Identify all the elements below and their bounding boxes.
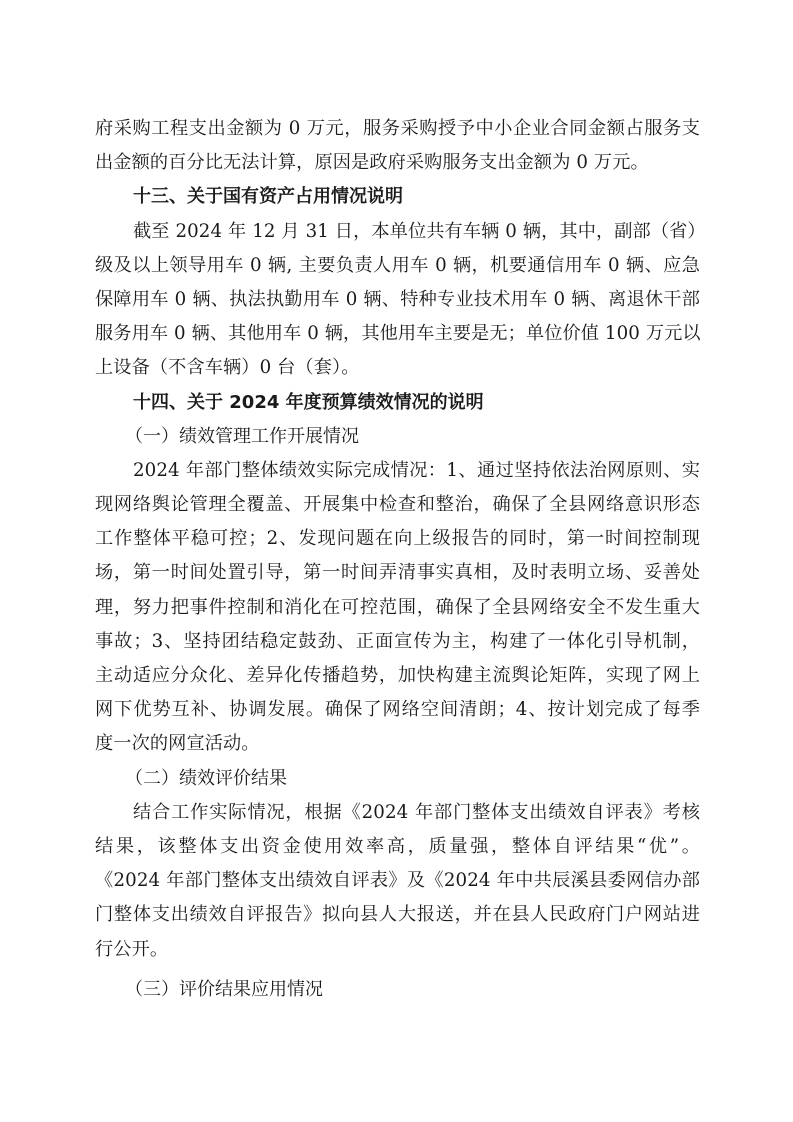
paragraph-line: 主动适应分众化、差异化传播趋势，加快构建主流舆论矩阵，实现了网上: [95, 659, 700, 693]
paragraph-line: 府采购工程支出金额为 0 万元，服务采购授予中小企业合同金额占服务支: [95, 112, 700, 146]
paragraph-line: 《2024 年部门整体支出绩效自评表》及《2024 年中共辰溪县委网信办部: [95, 864, 700, 898]
section-14-heading: 十四、关于 2024 年度预算绩效情况的说明: [95, 386, 700, 420]
paragraph-line: 出金额的百分比无法计算，原因是政府采购服务支出金额为 0 万元。: [95, 146, 700, 180]
paragraph-line: 级及以上领导用车 0 辆, 主要负责人用车 0 辆，机要通信用车 0 辆、应急: [95, 249, 700, 283]
paragraph-line: 理，努力把事件控制和消化在可控范围，确保了全县网络安全不发生重大: [95, 591, 700, 625]
paragraph-line: 网下优势互补、协调发展。确保了网络空间清朗；4、按计划完成了每季: [95, 693, 700, 727]
document-page: 府采购工程支出金额为 0 万元，服务采购授予中小企业合同金额占服务支 出金额的百…: [95, 112, 700, 1007]
paragraph-line: 服务用车 0 辆、其他用车 0 辆，其他用车主要是无；单位价值 100 万元以: [95, 317, 700, 351]
paragraph-line: 2024 年部门整体绩效实际完成情况：1、通过坚持依法治网原则、实: [95, 454, 700, 488]
paragraph-line: 场，第一时间处置引导，第一时间弄清事实真相，及时表明立场、妥善处: [95, 556, 700, 590]
paragraph-line: 结合工作实际情况，根据《2024 年部门整体支出绩效自评表》考核: [95, 796, 700, 830]
subsection-3-heading: （三）评价结果应用情况: [95, 973, 700, 1007]
subsection-1-heading: （一）绩效管理工作开展情况: [95, 420, 700, 454]
subsection-2-heading: （二）绩效评价结果: [95, 762, 700, 796]
paragraph-line: 行公开。: [95, 933, 700, 967]
paragraph-line: 门整体支出绩效自评报告》拟向县人大报送，并在县人民政府门户网站进: [95, 898, 700, 932]
paragraph-line: 结果，该整体支出资金使用效率高，质量强，整体自评结果“优”。: [95, 830, 700, 864]
paragraph-line: 事故；3、坚持团结稳定鼓劲、正面宣传为主，构建了一体化引导机制，: [95, 625, 700, 659]
paragraph-line: 保障用车 0 辆、执法执勤用车 0 辆、特种专业技术用车 0 辆、离退休干部: [95, 283, 700, 317]
paragraph-line: 工作整体平稳可控；2、发现问题在向上级报告的同时，第一时间控制现: [95, 522, 700, 556]
section-13-heading: 十三、关于国有资产占用情况说明: [95, 180, 700, 214]
paragraph-line: 上设备（不含车辆）0 台（套）。: [95, 351, 700, 385]
paragraph-line: 度一次的网宣活动。: [95, 727, 700, 761]
paragraph-line: 截至 2024 年 12 月 31 日，本单位共有车辆 0 辆，其中，副部（省）: [95, 215, 700, 249]
paragraph-line: 现网络舆论管理全覆盖、开展集中检查和整治，确保了全县网络意识形态: [95, 488, 700, 522]
